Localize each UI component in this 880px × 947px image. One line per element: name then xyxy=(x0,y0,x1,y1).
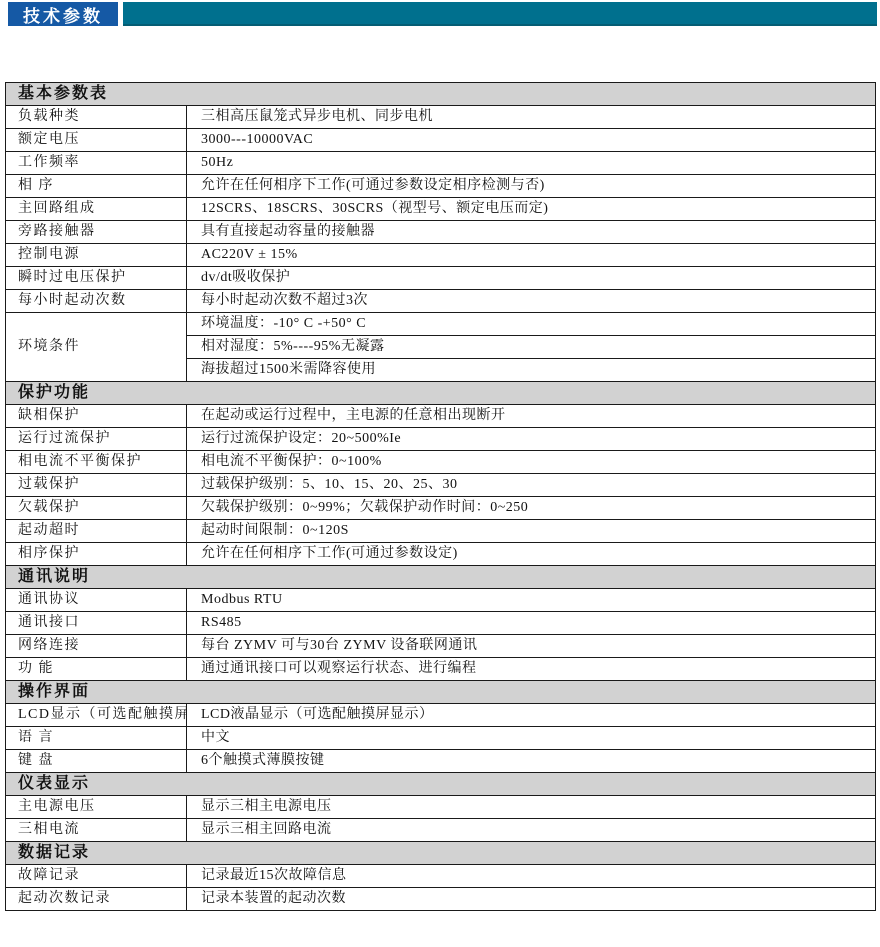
section-title: 仪表显示 xyxy=(6,773,876,796)
param-label: 相 序 xyxy=(6,175,187,198)
param-label: 相电流不平衡保护 xyxy=(6,451,187,474)
param-value: 显示三相主电源电压 xyxy=(187,796,876,819)
spec-row: 通讯协议Modbus RTU xyxy=(6,589,876,612)
param-label: 通讯协议 xyxy=(6,589,187,612)
param-value: 过载保护级别：5、10、15、20、25、30 xyxy=(187,474,876,497)
param-label: 键 盘 xyxy=(6,750,187,773)
param-value: 运行过流保护设定：20~500%Ie xyxy=(187,428,876,451)
section-row: 保护功能 xyxy=(6,382,876,405)
section-title: 数据记录 xyxy=(6,842,876,865)
param-value: 允许在任何相序下工作(可通过参数设定相序检测与否) xyxy=(187,175,876,198)
param-value: 每小时起动次数不超过3次 xyxy=(187,290,876,313)
param-value: 具有直接起动容量的接触器 xyxy=(187,221,876,244)
spec-row: 相电流不平衡保护相电流不平衡保护：0~100% xyxy=(6,451,876,474)
spec-row: 语 言中文 xyxy=(6,727,876,750)
spec-row: 主电源电压显示三相主电源电压 xyxy=(6,796,876,819)
spec-row: 瞬时过电压保护dv/dt吸收保护 xyxy=(6,267,876,290)
param-label: 控制电源 xyxy=(6,244,187,267)
param-label: 故障记录 xyxy=(6,865,187,888)
spec-row: 功 能通过通讯接口可以观察运行状态、进行编程 xyxy=(6,658,876,681)
param-value: 允许在任何相序下工作(可通过参数设定) xyxy=(187,543,876,566)
param-label: 起动次数记录 xyxy=(6,888,187,911)
param-value: 记录最近15次故障信息 xyxy=(187,865,876,888)
param-value: AC220V ± 15% xyxy=(187,244,876,267)
spec-row: 过载保护过载保护级别：5、10、15、20、25、30 xyxy=(6,474,876,497)
param-label: 功 能 xyxy=(6,658,187,681)
spec-row: 运行过流保护运行过流保护设定：20~500%Ie xyxy=(6,428,876,451)
spec-row: 额定电压3000---10000VAC xyxy=(6,129,876,152)
param-value: 每台 ZYMV 可与30台 ZYMV 设备联网通讯 xyxy=(187,635,876,658)
param-label: 主回路组成 xyxy=(6,198,187,221)
spec-row: 键 盘6个触摸式薄膜按键 xyxy=(6,750,876,773)
section-row: 数据记录 xyxy=(6,842,876,865)
spec-row: 故障记录记录最近15次故障信息 xyxy=(6,865,876,888)
param-label: 欠载保护 xyxy=(6,497,187,520)
page-header: 技术参数 xyxy=(0,2,880,26)
param-value: 环境温度：-10° C -+50° C xyxy=(187,313,876,336)
spec-table: 基本参数表负载种类三相高压鼠笼式异步电机、同步电机额定电压3000---1000… xyxy=(5,82,876,911)
section-title: 操作界面 xyxy=(6,681,876,704)
param-value: 3000---10000VAC xyxy=(187,129,876,152)
param-value: 显示三相主回路电流 xyxy=(187,819,876,842)
spec-row: 主回路组成12SCRS、18SCRS、30SCRS（视型号、额定电压而定) xyxy=(6,198,876,221)
param-label: 网络连接 xyxy=(6,635,187,658)
param-label: 工作频率 xyxy=(6,152,187,175)
spec-row: 环境条件环境温度：-10° C -+50° C xyxy=(6,313,876,336)
spec-row: 欠载保护欠载保护级别：0~99%；欠载保护动作时间：0~250 xyxy=(6,497,876,520)
param-label: 运行过流保护 xyxy=(6,428,187,451)
section-title: 通讯说明 xyxy=(6,566,876,589)
spec-row: 相序保护允许在任何相序下工作(可通过参数设定) xyxy=(6,543,876,566)
spec-table-body: 基本参数表负载种类三相高压鼠笼式异步电机、同步电机额定电压3000---1000… xyxy=(6,83,876,911)
spec-row: 相 序允许在任何相序下工作(可通过参数设定相序检测与否) xyxy=(6,175,876,198)
param-value: 相电流不平衡保护：0~100% xyxy=(187,451,876,474)
param-value: LCD液晶显示（可选配触摸屏显示） xyxy=(187,704,876,727)
param-label: LCD显示（可选配触摸屏） xyxy=(6,704,187,727)
param-label: 起动超时 xyxy=(6,520,187,543)
param-value: RS485 xyxy=(187,612,876,635)
section-row: 基本参数表 xyxy=(6,83,876,106)
param-label: 主电源电压 xyxy=(6,796,187,819)
header-banner xyxy=(123,2,877,26)
param-label: 相序保护 xyxy=(6,543,187,566)
section-row: 操作界面 xyxy=(6,681,876,704)
param-label: 过载保护 xyxy=(6,474,187,497)
param-label: 环境条件 xyxy=(6,313,187,382)
param-label: 负载种类 xyxy=(6,106,187,129)
param-value: 起动时间限制：0~120S xyxy=(187,520,876,543)
param-label: 三相电流 xyxy=(6,819,187,842)
param-label: 旁路接触器 xyxy=(6,221,187,244)
spec-row: LCD显示（可选配触摸屏）LCD液晶显示（可选配触摸屏显示） xyxy=(6,704,876,727)
page-title: 技术参数 xyxy=(8,2,118,26)
param-value: 在起动或运行过程中，主电源的任意相出现断开 xyxy=(187,405,876,428)
param-value: 12SCRS、18SCRS、30SCRS（视型号、额定电压而定) xyxy=(187,198,876,221)
spec-row: 负载种类三相高压鼠笼式异步电机、同步电机 xyxy=(6,106,876,129)
param-label: 缺相保护 xyxy=(6,405,187,428)
param-value: Modbus RTU xyxy=(187,589,876,612)
section-title: 基本参数表 xyxy=(6,83,876,106)
spec-row: 通讯接口RS485 xyxy=(6,612,876,635)
param-value: dv/dt吸收保护 xyxy=(187,267,876,290)
spec-row: 控制电源AC220V ± 15% xyxy=(6,244,876,267)
spec-row: 网络连接每台 ZYMV 可与30台 ZYMV 设备联网通讯 xyxy=(6,635,876,658)
param-label: 瞬时过电压保护 xyxy=(6,267,187,290)
section-row: 仪表显示 xyxy=(6,773,876,796)
param-value: 通过通讯接口可以观察运行状态、进行编程 xyxy=(187,658,876,681)
spec-row: 缺相保护在起动或运行过程中，主电源的任意相出现断开 xyxy=(6,405,876,428)
spec-row: 旁路接触器具有直接起动容量的接触器 xyxy=(6,221,876,244)
param-value: 6个触摸式薄膜按键 xyxy=(187,750,876,773)
param-label: 每小时起动次数 xyxy=(6,290,187,313)
param-value: 欠载保护级别：0~99%；欠载保护动作时间：0~250 xyxy=(187,497,876,520)
param-value: 记录本装置的起动次数 xyxy=(187,888,876,911)
spec-row: 工作频率50Hz xyxy=(6,152,876,175)
param-value: 海拔超过1500米需降容使用 xyxy=(187,359,876,382)
param-value: 中文 xyxy=(187,727,876,750)
param-label: 语 言 xyxy=(6,727,187,750)
section-title: 保护功能 xyxy=(6,382,876,405)
param-value: 相对湿度：5%----95%无凝露 xyxy=(187,336,876,359)
section-row: 通讯说明 xyxy=(6,566,876,589)
param-label: 通讯接口 xyxy=(6,612,187,635)
spec-row: 三相电流显示三相主回路电流 xyxy=(6,819,876,842)
param-value: 50Hz xyxy=(187,152,876,175)
spec-row: 起动超时起动时间限制：0~120S xyxy=(6,520,876,543)
param-label: 额定电压 xyxy=(6,129,187,152)
spec-row: 每小时起动次数每小时起动次数不超过3次 xyxy=(6,290,876,313)
spec-row: 起动次数记录记录本装置的起动次数 xyxy=(6,888,876,911)
param-value: 三相高压鼠笼式异步电机、同步电机 xyxy=(187,106,876,129)
